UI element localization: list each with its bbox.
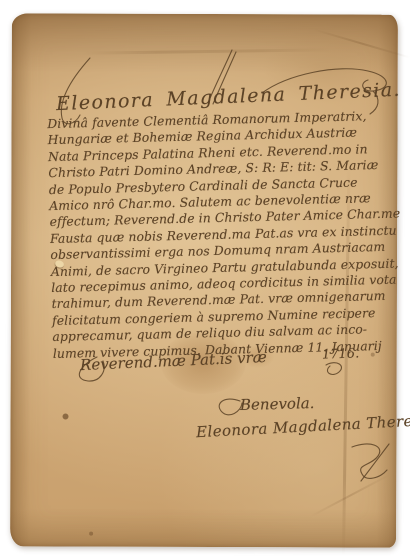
date-year: 1716. [322,346,360,362]
fold-crease-bottom-right [310,474,391,518]
letter-body: Divinâ favente Clementiâ Romanorum Imper… [47,108,385,362]
fold-crease-top [82,48,332,54]
valediction: Benevola. [240,394,315,414]
photo-of-manuscript-letter: Eleonora Magdalena Theresia. Divinâ fave… [0,0,410,558]
ink-speck [63,414,69,420]
ink-speck [89,532,93,536]
fold-crease-top-right [314,29,410,59]
